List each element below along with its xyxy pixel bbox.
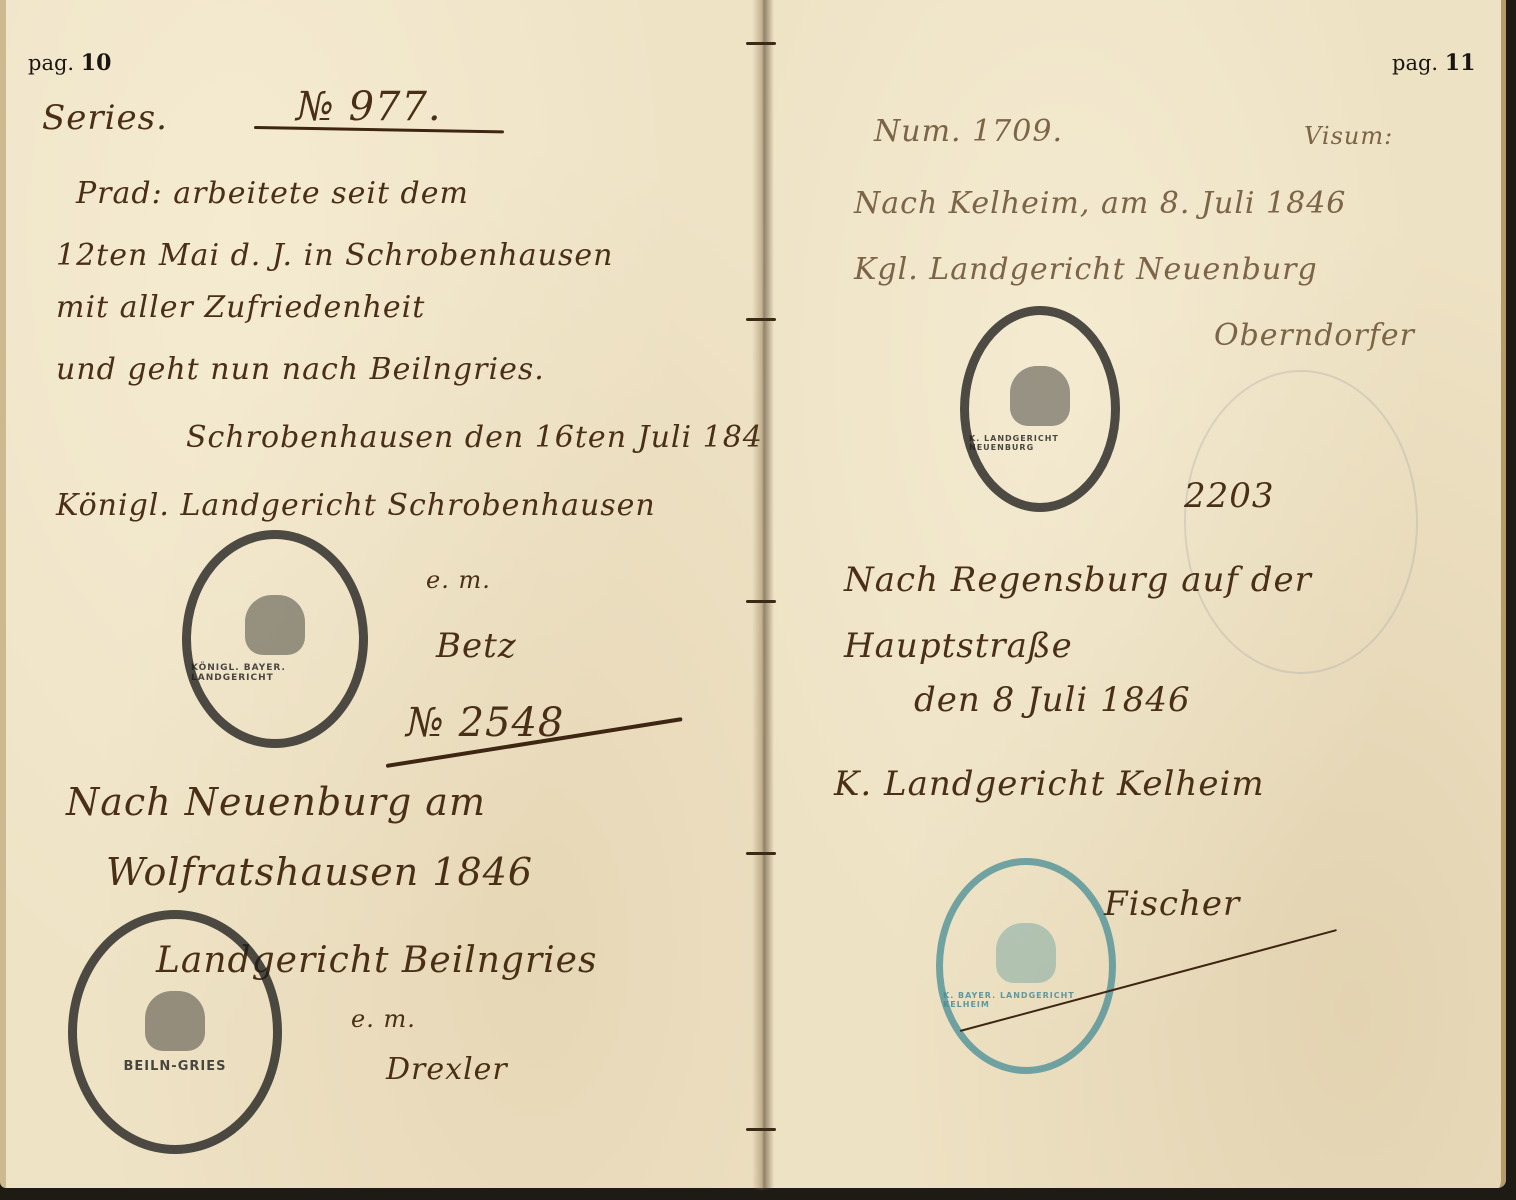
entry-line-2: 12ten Mai d. J. in Schrobenhausen xyxy=(56,238,613,273)
folio-prefix: pag. xyxy=(28,51,74,75)
left-folio: pag. 10 xyxy=(28,50,111,76)
visa-number: Num. 1709. xyxy=(874,114,1063,149)
official-stamp-left-lower: BEILN-GRIES xyxy=(68,910,282,1154)
binding-stitch xyxy=(746,42,776,45)
official-stamp-right-lower-blue: K. BAYER. LANDGERICHT KELHEIM xyxy=(936,858,1116,1074)
official-stamp-left-upper: KÖNIGL. BAYER. LANDGERICHT xyxy=(182,530,368,748)
visa-line-1: Nach Kelheim, am 8. Juli 1846 xyxy=(854,186,1346,221)
entry-line-5: Schrobenhausen den 16ten Juli 1846 xyxy=(186,420,783,455)
visa-signature: Oberndorfer xyxy=(1214,318,1415,353)
series-number: № 977. xyxy=(296,84,442,130)
second-visa-line-2: Hauptstraße xyxy=(844,626,1073,666)
stamp-text: K. BAYER. LANDGERICHT KELHEIM xyxy=(943,991,1109,1009)
folio-number: 10 xyxy=(81,50,112,76)
document-spread: pag. 10 Series. № 977. Prad: arbeitete s… xyxy=(0,0,1506,1190)
stamp-text: KÖNIGL. BAYER. LANDGERICHT xyxy=(191,663,359,683)
second-entry-line-1: Nach Neuenburg am xyxy=(66,780,486,824)
binding-stitch xyxy=(746,318,776,321)
visa-line-2: Kgl. Landgericht Neuenburg xyxy=(854,252,1318,287)
binding-stitch xyxy=(746,852,776,855)
entry-line-1: Prad: arbeitete seit dem xyxy=(76,176,469,211)
second-visa-line-3: den 8 Juli 1846 xyxy=(914,680,1191,720)
signature-abbrev: e. m. xyxy=(426,566,491,594)
entry-line-6: Königl. Landgericht Schrobenhausen xyxy=(56,488,656,523)
binding-stitch xyxy=(746,1128,776,1131)
faded-stamp-impression xyxy=(1184,370,1418,674)
crown-emblem-icon xyxy=(245,595,305,655)
second-visa-line-1: Nach Regensburg auf der xyxy=(844,560,1312,600)
entry-number: 2203 xyxy=(1184,476,1275,516)
folio-prefix: pag. xyxy=(1392,51,1438,75)
entry-line-4: und geht nun nach Beilngries. xyxy=(56,352,545,387)
second-signature-abbrev: e. m. xyxy=(351,1005,416,1033)
entry-line-3: mit aller Zufriedenheit xyxy=(56,290,425,325)
left-page: pag. 10 Series. № 977. Prad: arbeitete s… xyxy=(0,0,764,1188)
folio-number: 11 xyxy=(1445,50,1476,76)
crown-emblem-icon xyxy=(1010,366,1070,426)
crown-emblem-icon xyxy=(145,991,205,1051)
second-entry-line-2: Wolfratshausen 1846 xyxy=(106,850,533,894)
second-visa-line-4: K. Landgericht Kelheim xyxy=(834,764,1265,804)
right-folio: pag. 11 xyxy=(1392,50,1475,76)
official-stamp-right-upper: K. LANDGERICHT NEUENBURG xyxy=(960,306,1120,512)
second-visa-signature: Fischer xyxy=(1104,884,1240,924)
stamp-text: BEILN-GRIES xyxy=(124,1059,227,1074)
signature: Betz xyxy=(436,626,517,666)
series-label: Series. xyxy=(42,98,168,138)
book-spine-fold xyxy=(752,0,774,1190)
binding-stitch xyxy=(746,600,776,603)
stamp-text: K. LANDGERICHT NEUENBURG xyxy=(969,434,1111,452)
second-signature: Drexler xyxy=(386,1052,508,1087)
crown-emblem-icon xyxy=(996,923,1056,983)
right-page: pag. 11 Num. 1709. Visum: Nach Kelheim, … xyxy=(764,0,1506,1188)
visa-note: Visum: xyxy=(1304,122,1393,150)
